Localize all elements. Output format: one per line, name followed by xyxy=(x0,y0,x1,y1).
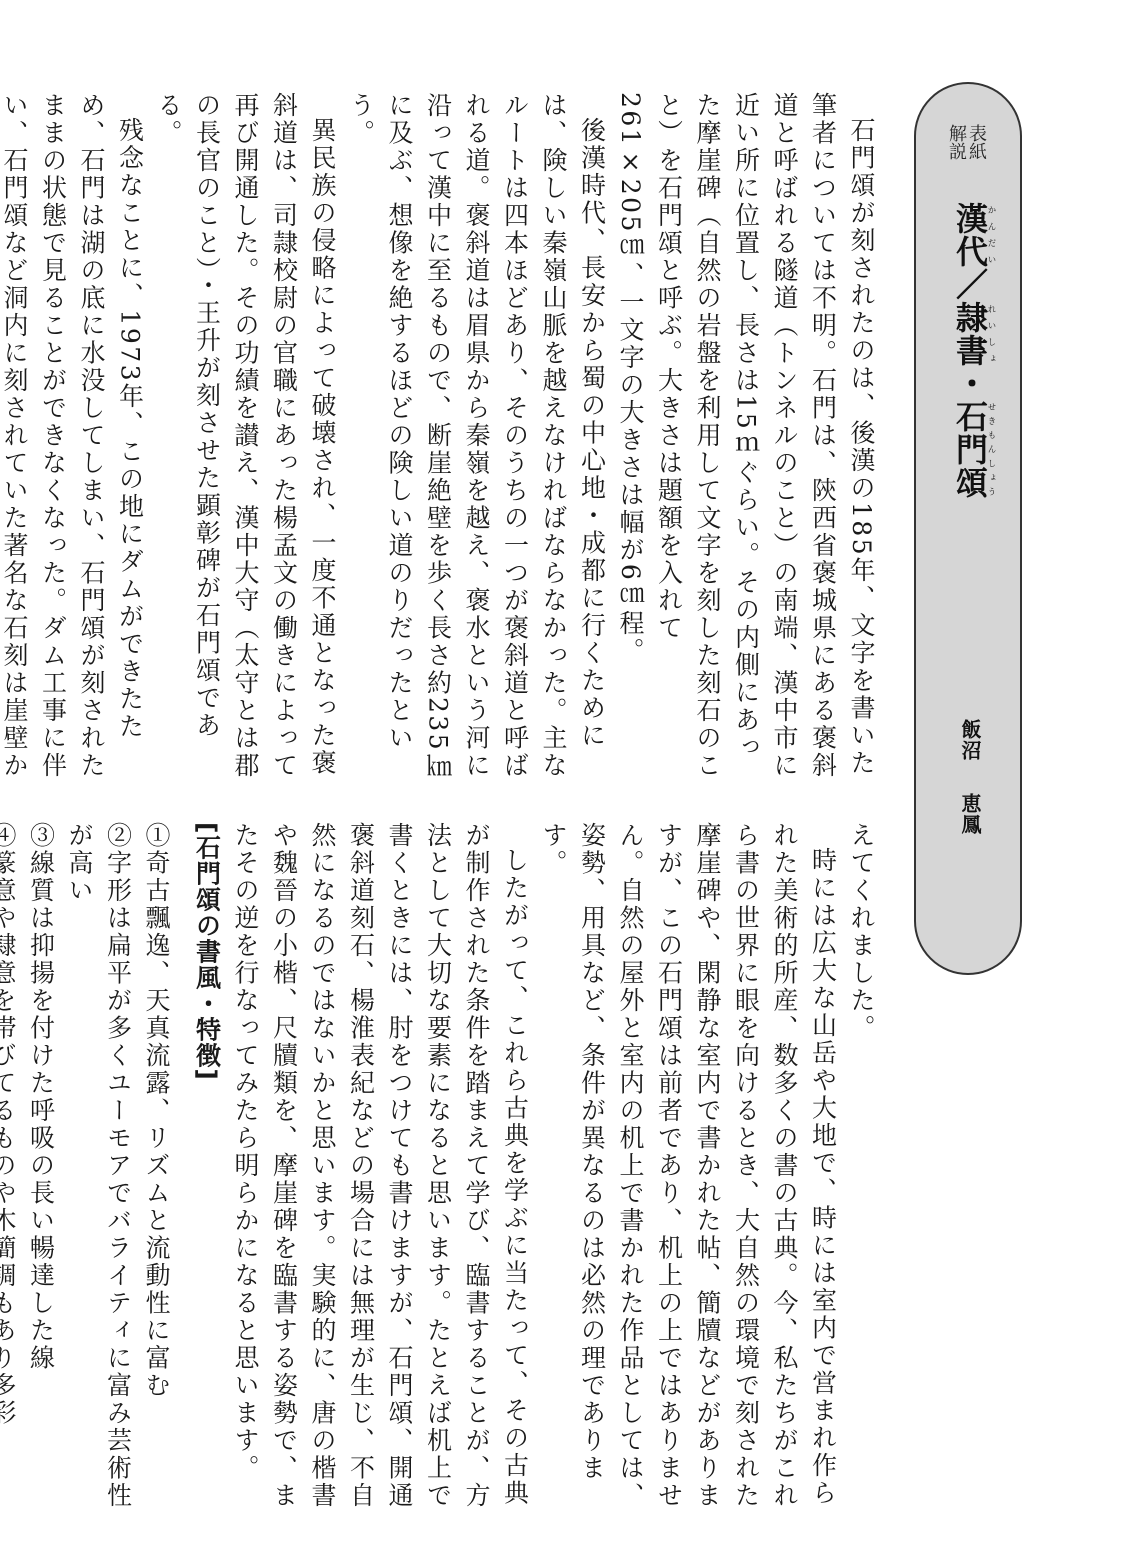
paragraph-continued: えてくれました。 xyxy=(842,822,881,1512)
paragraph: 時には広大な山岳や大地で、時には室内で営まれ作られた美術的所産、数多くの書の古典… xyxy=(534,822,842,1512)
paragraph: 石門頌が刻されたのは、後漢の185年、文字を書いた筆者については不明。石門は、陝… xyxy=(611,92,881,782)
paragraph: 異民族の侵略によって破壊され、一度不通となった褒斜道は、司隷校尉の官職にあった楊… xyxy=(149,92,342,782)
kind-line-2: 解説 xyxy=(946,124,966,160)
title-slash: ／ xyxy=(951,268,989,301)
title-part-2: 隷書れいしょ xyxy=(951,301,989,367)
kind-line-1: 表紙 xyxy=(966,124,986,160)
title-dot: ・ xyxy=(951,367,989,400)
section-heading-features: [石門頌の書風・特徴] xyxy=(187,822,226,1512)
page-title: 漢代かんだい／隷書れいしょ・石門頌せきもんしょう xyxy=(950,202,996,499)
title-part-3: 石門頌せきもんしょう xyxy=(951,400,989,499)
author-family-name: 飯沼 xyxy=(958,719,982,761)
paragraph: したがって、これら古典を学ぶに当たって、その古典が制作された条件を踏まえて学び、… xyxy=(226,822,534,1512)
article-body-bottom: えてくれました。 時には広大な山岳や大地で、時には室内で営まれ作られた美術的所産… xyxy=(80,822,880,1512)
paragraph: 後漢時代、長安から蜀の中心地・成都に行くためには、険しい秦嶺山脈を越えなければな… xyxy=(341,92,611,782)
article-body-top: 石門頌が刻されたのは、後漢の185年、文字を書いた筆者については不明。石門は、陝… xyxy=(40,92,880,782)
author-given-name: 恵鳳 xyxy=(958,793,982,835)
feature-item: ④篆意や隷意を帯びてるものや木簡調もあり多彩 xyxy=(0,822,21,1512)
paragraph: 残念なことに、1973年、この地にダムができたため、石門は湖の底に水没してしまい… xyxy=(0,92,149,782)
feature-item: ①奇古飄逸、天真流露、リズムと流動性に富む xyxy=(137,822,176,1512)
author-name: 飯沼恵鳳 xyxy=(956,719,985,835)
title-box: 表紙 解説 漢代かんだい／隷書れいしょ・石門頌せきもんしょう 飯沼恵鳳 xyxy=(914,82,1022,975)
features-list: ①奇古飄逸、天真流露、リズムと流動性に富む ②字形は扁平が多くユーモアでバライテ… xyxy=(0,822,175,1512)
feature-item: ②字形は扁平が多くユーモアでバライティに富み芸術性が高い xyxy=(60,822,137,1512)
feature-item: ③線質は抑揚を付けた呼吸の長い暢達した線 xyxy=(21,822,60,1512)
article-kind-label: 表紙 解説 xyxy=(946,124,986,160)
title-part-1: 漢代かんだい xyxy=(951,202,989,268)
